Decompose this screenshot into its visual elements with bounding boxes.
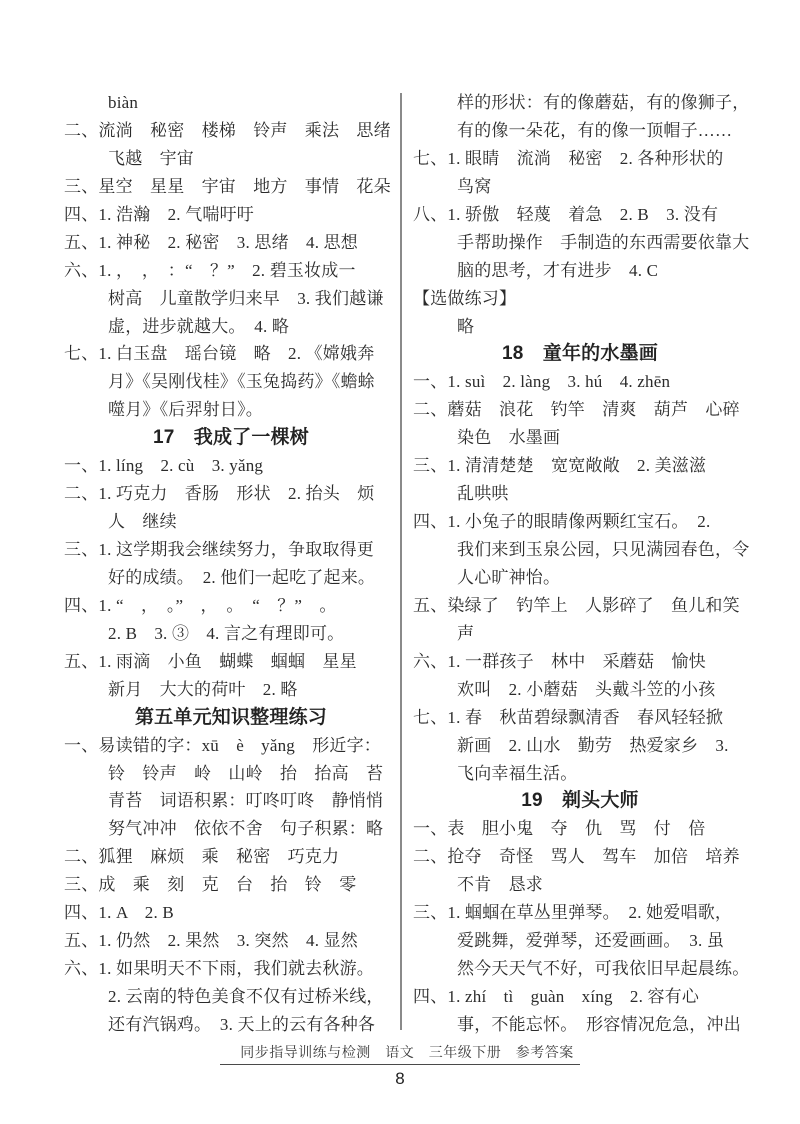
answer-line: 飞越 宇宙 xyxy=(64,145,398,173)
answer-line: 新月 大大的荷叶 2. 略 xyxy=(64,676,398,704)
answer-line: 事，不能忘怀。 形容情况危急，冲出 xyxy=(413,1011,747,1039)
answer-line: 四、1. “ ， 。” ， 。 “ ？” 。 xyxy=(64,592,398,620)
answer-line: 还有汽锅鸡。 3. 天上的云有各种各 xyxy=(64,1011,398,1039)
answer-key-page: biàn 二、流淌 秘密 楼梯 铃声 乘法 思绪 飞越 宇宙 三、星空 星星 宇… xyxy=(0,0,800,1124)
answer-line: 欢叫 2. 小蘑菇 头戴斗笠的小孩 xyxy=(413,676,747,704)
answer-line: 五、1. 仍然 2. 果然 3. 突然 4. 显然 xyxy=(64,927,398,955)
answer-line: 三、1. 这学期我会继续努力，争取取得更 xyxy=(64,536,398,564)
answer-line: 19 剃头大师 xyxy=(413,787,747,815)
answer-line: 爱跳舞，爱弹琴，还爱画画。 3. 虽 xyxy=(413,927,747,955)
answer-line: 17 我成了一棵树 xyxy=(64,424,398,452)
answer-line: 青苔 词语积累：叮咚叮咚 静悄悄 xyxy=(64,787,398,815)
answer-line: 六、1. ， ， ：“ ？” 2. 碧玉妆成一 xyxy=(64,257,398,285)
answer-line: 七、1. 春 秋苗碧绿飘清香 春风轻轻掀 xyxy=(413,704,747,732)
answer-line: 好的成绩。 2. 他们一起吃了起来。 xyxy=(64,564,398,592)
right-column: 样的形状：有的像蘑菇，有的像狮子， 有的像一朵花，有的像一顶帽子…… 七、1. … xyxy=(413,89,747,1039)
answer-line: 八、1. 骄傲 轻蔑 着急 2. B 3. 没有 xyxy=(413,201,747,229)
footer-book-title: 同步指导训练与检测 语文 三年级下册 参考答案 xyxy=(220,1042,580,1065)
answer-line: 一、易读错的字：xū è yǎng 形近字： xyxy=(64,732,398,760)
answer-line: 不肯 恳求 xyxy=(413,871,747,899)
answer-line: 虚，进步就越大。 4. 略 xyxy=(64,313,398,341)
answer-line: 人 继续 xyxy=(64,508,398,536)
answer-line: 四、1. zhí tì guàn xíng 2. 容有心 xyxy=(413,983,747,1011)
answer-line: 然今天天气不好，可我依旧早起晨练。 xyxy=(413,955,747,983)
answer-line: 努气冲冲 依依不舍 句子积累：略 xyxy=(64,815,398,843)
answer-line: 六、1. 一群孩子 林中 采蘑菇 愉快 xyxy=(413,648,747,676)
page-number: 8 xyxy=(0,1069,800,1089)
answer-line: 树高 儿童散学归来早 3. 我们越谦 xyxy=(64,285,398,313)
answer-line: 新画 2. 山水 勤劳 热爱家乡 3. xyxy=(413,732,747,760)
answer-line: 略 xyxy=(413,313,747,341)
answer-line: 第五单元知识整理练习 xyxy=(64,704,398,732)
answer-line: 三、1. 蝈蝈在草丛里弹琴。 2. 她爱唱歌， xyxy=(413,899,747,927)
answer-line: 三、1. 清清楚楚 宽宽敞敞 2. 美滋滋 xyxy=(413,452,747,480)
answer-line: 四、1. 小兔子的眼睛像两颗红宝石。 2. xyxy=(413,508,747,536)
answer-line: 二、抢夺 奇怪 骂人 驾车 加倍 培养 xyxy=(413,843,747,871)
answer-line: 一、表 胆小鬼 夺 仇 骂 付 倍 xyxy=(413,815,747,843)
answer-line: 鸟窝 xyxy=(413,173,747,201)
answer-line: 2. B 3. ③ 4. 言之有理即可。 xyxy=(64,620,398,648)
answer-line: 声 xyxy=(413,620,747,648)
answer-line: 三、成 乘 刻 克 台 抬 铃 零 xyxy=(64,871,398,899)
answer-line: 一、1. líng 2. cù 3. yǎng xyxy=(64,452,398,480)
answer-line: 二、流淌 秘密 楼梯 铃声 乘法 思绪 xyxy=(64,117,398,145)
answer-line: 五、染绿了 钓竿上 人影碎了 鱼儿和笑 xyxy=(413,592,747,620)
left-column: biàn 二、流淌 秘密 楼梯 铃声 乘法 思绪 飞越 宇宙 三、星空 星星 宇… xyxy=(64,89,398,1039)
answer-line: 五、1. 神秘 2. 秘密 3. 思绪 4. 思想 xyxy=(64,229,398,257)
answer-line: 二、蘑菇 浪花 钓竿 清爽 葫芦 心碎 xyxy=(413,396,747,424)
answer-line: 二、狐狸 麻烦 乘 秘密 巧克力 xyxy=(64,843,398,871)
answer-line: 二、1. 巧克力 香肠 形状 2. 抬头 烦 xyxy=(64,480,398,508)
answer-line: 一、1. suì 2. làng 3. hú 4. zhēn xyxy=(413,368,747,396)
answer-line: 飞向幸福生活。 xyxy=(413,760,747,788)
answer-line: 脑的思考，才有进步 4. C xyxy=(413,257,747,285)
page-footer: 同步指导训练与检测 语文 三年级下册 参考答案 8 xyxy=(0,1042,800,1089)
answer-line: 18 童年的水墨画 xyxy=(413,340,747,368)
answer-line: 月》《吴刚伐桂》《玉兔捣药》《蟾蜍 xyxy=(64,368,398,396)
answer-line: 四、1. 浩瀚 2. 气喘吁吁 xyxy=(64,201,398,229)
answer-line: 六、1. 如果明天不下雨，我们就去秋游。 xyxy=(64,955,398,983)
answer-line: 样的形状：有的像蘑菇，有的像狮子， xyxy=(413,89,747,117)
answer-line: 有的像一朵花，有的像一顶帽子…… xyxy=(413,117,747,145)
answer-line: 手帮助操作 手制造的东西需要依靠大 xyxy=(413,229,747,257)
answer-line: 2. 云南的特色美食不仅有过桥米线， xyxy=(64,983,398,1011)
answer-line: 乱哄哄 xyxy=(413,480,747,508)
answer-line: 【选做练习】 xyxy=(413,285,747,313)
answer-line: 噬月》《后羿射日》。 xyxy=(64,396,398,424)
answer-line: 三、星空 星星 宇宙 地方 事情 花朵 xyxy=(64,173,398,201)
answer-line: 我们来到玉泉公园，只见满园春色，令 xyxy=(413,536,747,564)
answer-line: 五、1. 雨滴 小鱼 蝴蝶 蝈蝈 星星 xyxy=(64,648,398,676)
answer-line: 人心旷神怡。 xyxy=(413,564,747,592)
answer-line: 铃 铃声 岭 山岭 抬 抬高 苔 xyxy=(64,760,398,788)
answer-line: 七、1. 眼睛 流淌 秘密 2. 各种形状的 xyxy=(413,145,747,173)
answer-line: 四、1. A 2. B xyxy=(64,899,398,927)
column-divider-rule xyxy=(400,93,402,1030)
answer-line: 染色 水墨画 xyxy=(413,424,747,452)
answer-line: biàn xyxy=(64,89,398,117)
answer-line: 七、1. 白玉盘 瑶台镜 略 2. 《嫦娥奔 xyxy=(64,340,398,368)
